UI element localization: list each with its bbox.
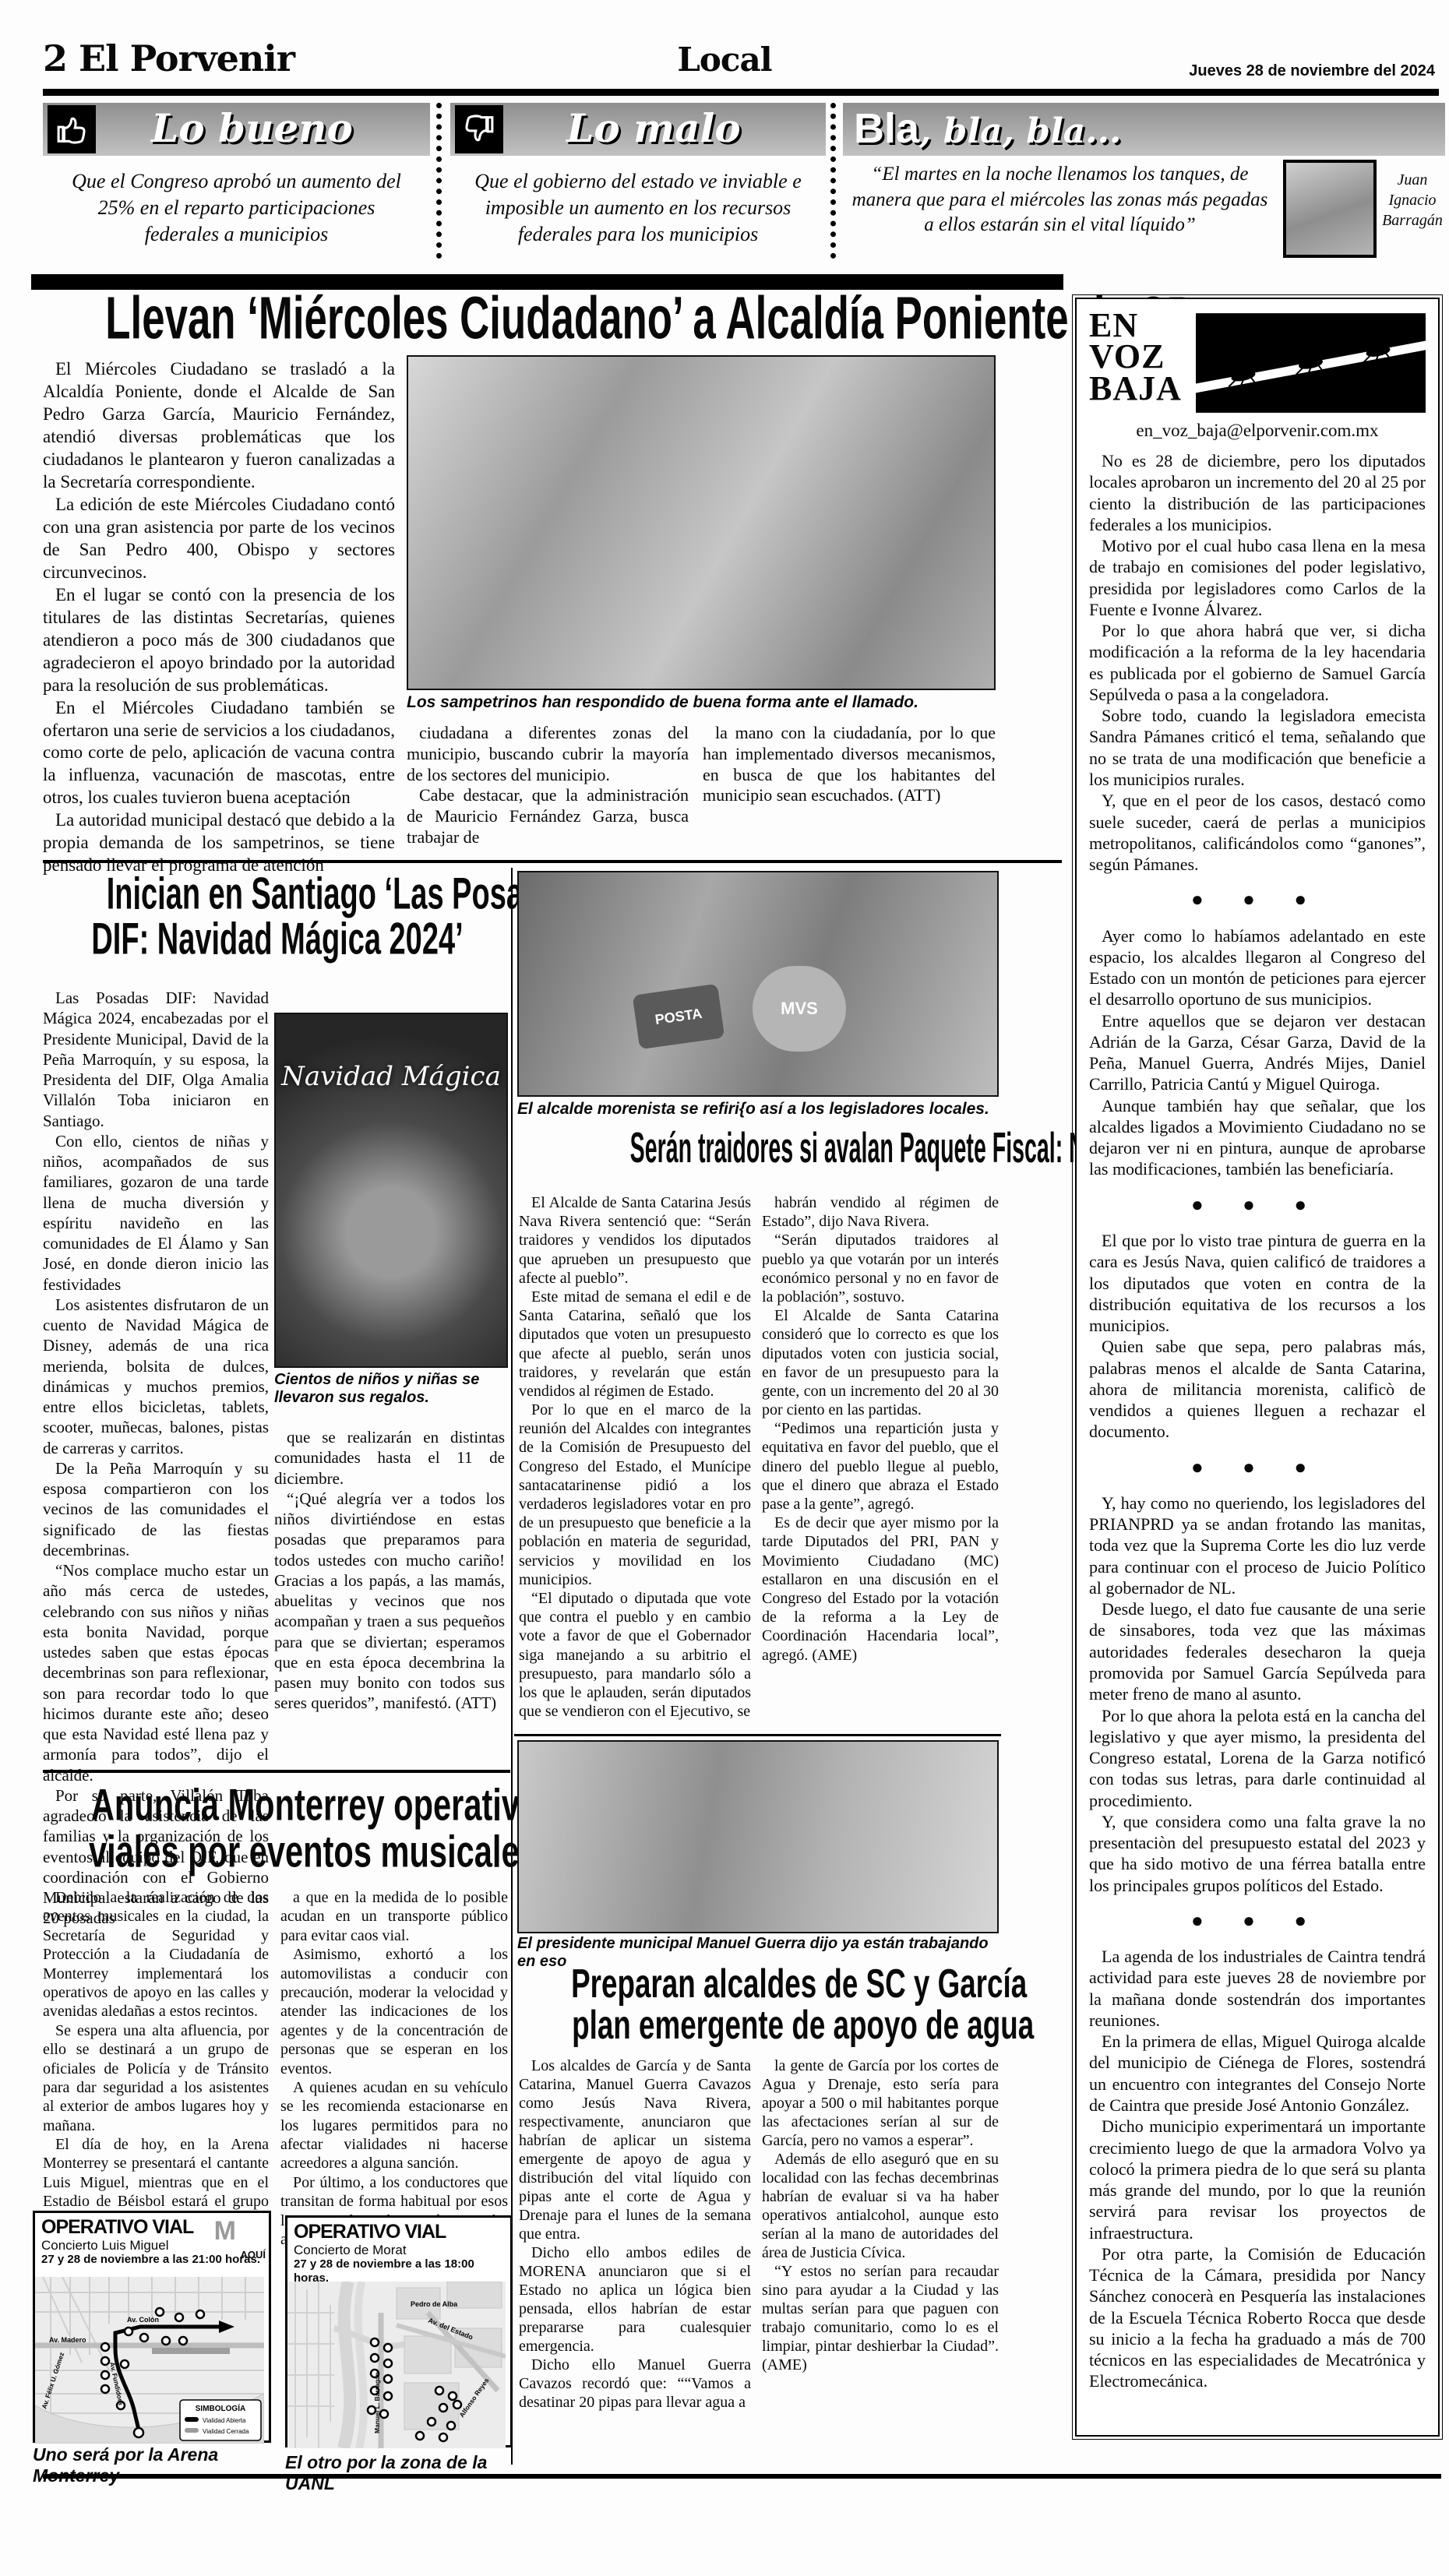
street-label: Pedro de Alba	[411, 2300, 458, 2308]
quote-author-photo	[1283, 160, 1377, 258]
paragraph: Se espera una alta afluencia, por ello s…	[43, 2021, 269, 2135]
paragraph: Desde luego, el dato fue causante de una…	[1089, 1598, 1426, 1704]
map1-caption: Uno será por la Arena Monterrey	[33, 2444, 270, 2486]
article2-photo-caption: Cientos de niños y niñas se llevaron sus…	[274, 1371, 505, 1407]
paragraph: Motivo por el cual hubo casa llena en la…	[1089, 535, 1426, 620]
bad-news-text: Que el gobierno del estado ve inviable e…	[450, 156, 826, 247]
paragraph: En el lugar se contó con la presencia de…	[43, 584, 395, 697]
section-separator: ● ● ●	[1089, 887, 1426, 912]
good-news-box: Lo bueno Que el Congreso aprobó un aumen…	[43, 103, 430, 259]
street-label: Av. Colón	[127, 2316, 159, 2324]
paragraph: Entre aquellos que se dejaron ver destac…	[1089, 1010, 1426, 1095]
paragraph: Las Posadas DIF: Navidad Mágica 2024, en…	[43, 988, 269, 1131]
paragraph: En la primera de ellas, Miguel Quiroga a…	[1089, 2031, 1426, 2116]
en-voz-baja-body: No es 28 de diciembre, pero los diputado…	[1089, 450, 1426, 2392]
newspaper-page: 2 El Porvenir Local Jueves 28 de noviemb…	[0, 0, 1449, 2576]
paragraph: “¡Qué alegría ver a todos los niños divi…	[274, 1489, 505, 1714]
paragraph: Con ello, cientos de niñas y niños, acom…	[43, 1131, 269, 1295]
section-rule	[514, 1734, 1001, 1736]
good-news-text: Que el Congreso aprobó un aumento del 25…	[43, 156, 430, 247]
paragraph: De la Peña Marroquín y su esposa compart…	[43, 1458, 269, 1560]
article2-headline-line2: DIF: Navidad Mágica 2024’	[91, 913, 463, 965]
paragraph: Los alcaldes de García y de Santa Catari…	[519, 2056, 751, 2243]
legend-entry: Vialidad Abierta	[203, 2417, 246, 2424]
paragraph: La agenda de los industriales de Caintra…	[1089, 1946, 1426, 2031]
paragraph: “El diputado o diputada que vote que con…	[519, 1589, 751, 1721]
article2-headline-line1: Inician en Santiago ‘Las Posadas	[107, 868, 574, 920]
paragraph: El Alcalde de Santa Catarina Jesús Nava …	[519, 1193, 751, 1288]
paragraph: Es de decir que ayer mismo por la tarde …	[762, 1514, 999, 1665]
quote-box-title-rest: , bla, bla...	[919, 111, 1121, 151]
paragraph: “Serán diputados traidores al pueblo ya …	[762, 1231, 999, 1306]
paragraph: Y, que considera como una falta grave la…	[1089, 1811, 1426, 1896]
section-separator: ● ● ●	[1089, 1908, 1426, 1933]
paragraph: Por lo que ahora habrá que ver, si dicha…	[1089, 620, 1426, 705]
en-voz-baja-email: en_voz_baja@elporvenir.com.mx	[1089, 421, 1426, 441]
section-separator: ● ● ●	[1089, 1455, 1426, 1480]
good-news-header: Lo bueno	[43, 103, 430, 156]
bad-news-box: Lo malo Que el gobierno del estado ve in…	[450, 103, 826, 259]
paragraph: Aunque también hay que señalar, que los …	[1089, 1095, 1426, 1180]
thumbs-up-icon	[48, 105, 96, 153]
thumbs-down-icon	[455, 105, 503, 153]
paragraph: habrán vendido al régimen de Estado”, di…	[762, 1193, 999, 1231]
paragraph: Los asistentes disfrutaron de un cuento …	[43, 1295, 269, 1458]
article1-cont-col1: ciudadana a diferentes zonas del municip…	[407, 723, 689, 848]
grasshopper-art	[1196, 313, 1426, 413]
map-box-luis-miguel: OPERATIVO VIAL Concierto Luis Miguel 27 …	[33, 2211, 271, 2443]
en-voz-baja-box: EN VOZ BAJA en_voz_baja@elporvenir.com.m…	[1075, 298, 1440, 2437]
masthead-rule	[43, 89, 1439, 96]
article1-headline: Llevan ‘Miércoles Ciudadano’ a Alcaldía …	[31, 291, 1063, 345]
en-voz-baja-logo: EN VOZ BAJA	[1089, 310, 1426, 418]
section-rule	[43, 860, 1062, 863]
quote-box-header: Bla, bla, bla...	[843, 103, 1445, 156]
map2-caption: El otro por la zona de la UANL	[285, 2452, 511, 2494]
map1-badge: AQUÍ	[241, 2249, 266, 2261]
street-label: Av. Madero	[49, 2336, 86, 2344]
paragraph: la gente de García por los cortes de Agu…	[762, 2056, 999, 2150]
bad-news-header: Lo malo	[450, 103, 826, 156]
paragraph: “Pedimos una repartición justa y equitat…	[762, 1419, 999, 1514]
box-divider	[830, 103, 836, 259]
article3-column1: El Alcalde de Santa Catarina Jesús Nava …	[519, 1193, 751, 1721]
paragraph: Por lo que ahora la pelota está en la ca…	[1089, 1705, 1426, 1811]
legend-entry: Vialidad Cerrada	[203, 2428, 249, 2435]
section-separator: ● ● ●	[1089, 1193, 1426, 1218]
legend-title: SIMBOLOGÍA	[196, 2403, 245, 2413]
paragraph: Dicho ello Manuel Guerra Cavazos recordó…	[519, 2356, 751, 2412]
article3-headline: Serán traidores si avalan Paquete Fiscal…	[514, 1129, 1001, 1167]
paragraph: Debido a la realización de dos eventos m…	[43, 1888, 269, 2021]
quote-box: Bla, bla, bla... “El martes en la noche …	[843, 103, 1445, 259]
article2-headline: Inician en Santiago ‘Las Posadas DIF: Na…	[33, 871, 508, 961]
article2-column2: que se realizarán en distintas comunidad…	[274, 1427, 505, 1714]
map2-title: OPERATIVO VIAL	[294, 2222, 504, 2243]
mic-flag-mvs: MVS	[753, 966, 846, 1052]
edition-date: Jueves 28 de noviembre del 2024	[1189, 62, 1435, 80]
paragraph: No es 28 de diciembre, pero los diputado…	[1089, 450, 1426, 535]
paragraph: Por otra parte, la Comisión de Educación…	[1089, 2243, 1426, 2392]
paragraph: El Miércoles Ciudadano se trasladó a la …	[43, 358, 395, 494]
article2-photo-label: Navidad Mágica	[281, 1061, 501, 1092]
map-luis-miguel: Av. Colón Av. Madero Av. Fundidora Av. F…	[35, 2277, 264, 2444]
paragraph: Sobre todo, cuando la legisladora emecis…	[1089, 705, 1426, 790]
paragraph: La edición de este Miércoles Ciudadano c…	[43, 494, 395, 584]
article4-column2: a que en la medida de lo posible acudan …	[280, 1888, 508, 2249]
article4-headline: Anuncia Monterrey operativos viales por …	[33, 1782, 509, 1876]
paragraph: El Alcalde de Santa Catarina consideró q…	[762, 1306, 999, 1419]
mic-flag-posta: POSTA	[633, 984, 725, 1050]
section-rule	[43, 1770, 510, 1773]
article1-column: El Miércoles Ciudadano se trasladó a la …	[43, 358, 395, 877]
paragraph: Por lo que en el marco de la reunión del…	[519, 1401, 751, 1589]
article1-headline-text: Llevan ‘Miércoles Ciudadano’ a Alcaldía …	[105, 284, 1194, 352]
monterrey-logo: M	[214, 2216, 236, 2247]
bad-news-title: Lo malo	[450, 103, 826, 154]
map2-schedule: 27 y 28 de noviembre a las 18:00 horas.	[294, 2257, 504, 2285]
paragraph: En el Miércoles Ciudadano también se ofe…	[43, 697, 395, 810]
article1-photo-caption: Los sampetrinos han respondido de buena …	[407, 693, 983, 712]
article3-headline-text: Serán traidores si avalan Paquete Fiscal…	[630, 1124, 1123, 1172]
street-label: Manuel L. Barragán	[373, 2372, 381, 2433]
bottom-rule	[43, 2474, 1441, 2479]
article4-headline-line1: Anuncia Monterrey operativos	[91, 1780, 558, 1831]
paragraph: Dicho ello ambos ediles de MORENA anunci…	[519, 2243, 751, 2356]
article3-photo: POSTA MVS	[517, 871, 999, 1097]
paragraph: a que en la medida de lo posible acudan …	[280, 1888, 508, 1945]
paragraph: “Y estos no serían para recaudar sino pa…	[762, 2262, 999, 2374]
quote-text: “El martes en la noche llenamos los tanq…	[848, 162, 1272, 238]
quote-box-title-bold: Bla	[854, 105, 919, 152]
article5-column2: la gente de García por los cortes de Agu…	[762, 2056, 999, 2374]
map1-legend: SIMBOLOGÍA Vialidad Abierta Vialidad Cer…	[180, 2400, 261, 2440]
paragraph: la mano con la ciudadanía, por lo que ha…	[703, 723, 996, 806]
quote-author-name: Juan Ignacio Barragán	[1379, 170, 1446, 231]
paragraph: ciudadana a diferentes zonas del municip…	[407, 723, 689, 785]
box-divider	[436, 103, 442, 259]
paragraph: El que por lo visto trae pintura de guer…	[1089, 1230, 1426, 1336]
section-title: Local	[592, 41, 857, 79]
article5-headline-line2: plan emergente de apoyo de agua	[572, 2002, 1034, 2048]
paragraph: “Nos complace mucho estar un año más cer…	[43, 1560, 269, 1785]
article2-photo: Navidad Mágica	[274, 1013, 508, 1368]
map2-subtitle: Concierto de Morat	[294, 2243, 504, 2258]
article5-photo	[517, 1740, 999, 1933]
article1-cont-col2: la mano con la ciudadanía, por lo que ha…	[703, 723, 996, 806]
map-box-morat: OPERATIVO VIAL Concierto de Morat 27 y 2…	[285, 2215, 513, 2447]
map-morat: Pedro de Alba Av. del Estado Manuel L. B…	[287, 2282, 506, 2448]
paragraph: Quien sabe que sepa, pero palabras más, …	[1089, 1336, 1426, 1442]
paragraph: Y, hay como no queriendo, los legislador…	[1089, 1492, 1426, 1598]
paragraph: A quienes acudan en su vehículo se les r…	[280, 2078, 508, 2173]
paragraph: Este mitad de semana el edil e de Santa …	[519, 1288, 751, 1401]
paragraph: que se realizarán en distintas comunidad…	[274, 1427, 505, 1489]
paragraph: Dicho municipio experimentará un importa…	[1089, 2116, 1426, 2243]
page-masthead: 2 El Porvenir	[43, 37, 294, 79]
article3-photo-caption: El alcalde morenista se refiri{o así a l…	[517, 1100, 996, 1119]
article1-photo	[407, 355, 996, 690]
paragraph: Además de ello aseguró que en su localid…	[762, 2150, 999, 2262]
paragraph: Cabe destacar, que la administración de …	[407, 785, 689, 848]
article5-headline: Preparan alcaldes de SC y García plan em…	[514, 1963, 1001, 2046]
article4-headline-line2: viales por eventos musicales	[89, 1827, 538, 1878]
map1-schedule: 27 y 28 de noviembre a las 21:00 horas.	[41, 2253, 263, 2267]
good-news-title: Lo bueno	[43, 103, 430, 154]
article5-column1: Los alcaldes de García y de Santa Catari…	[519, 2056, 751, 2412]
article3-column2: habrán vendido al régimen de Estado”, di…	[762, 1193, 999, 1665]
paragraph: Y, que en el peor de los casos, destacó …	[1089, 790, 1426, 875]
article5-headline-line1: Preparan alcaldes de SC y García	[571, 1961, 1027, 2007]
paragraph: Ayer como lo habíamos adelantado en este…	[1089, 925, 1426, 1010]
paragraph: Asimismo, exhortó a los automovilistas a…	[280, 1945, 508, 2078]
